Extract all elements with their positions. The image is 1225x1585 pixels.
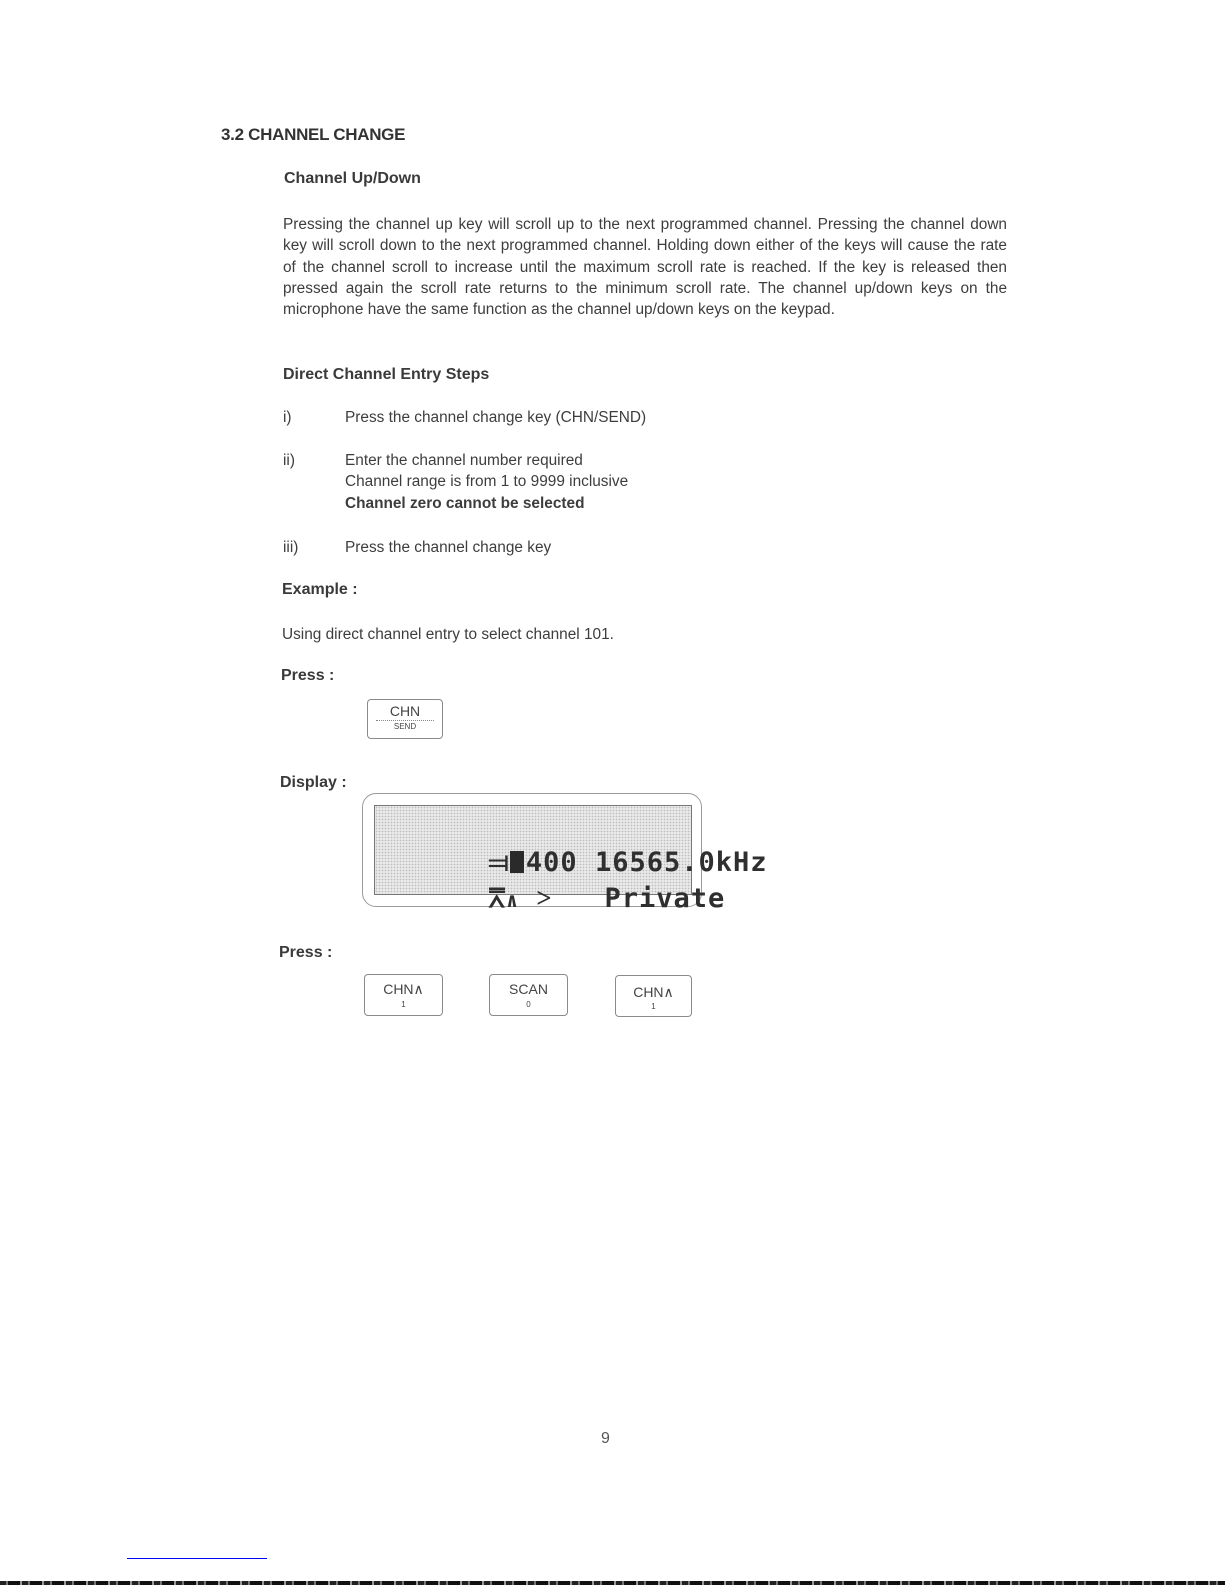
key-top-label: SCAN <box>490 981 567 997</box>
step-text: Press the channel change key <box>345 539 551 556</box>
key-bottom-label: 0 <box>490 1000 567 1010</box>
step-text: Press the channel change key (CHN/SEND) <box>345 409 646 426</box>
direct-entry-heading: Direct Channel Entry Steps <box>283 366 489 384</box>
key-top-label: CHN∧ <box>365 981 442 997</box>
wave-icon: ∧ <box>506 888 519 912</box>
channel-up-down-heading: Channel Up/Down <box>284 170 421 188</box>
section-title: 3.2 CHANNEL CHANGE <box>221 125 405 145</box>
step-number: iii) <box>283 537 345 558</box>
key-bottom-label: 1 <box>616 1002 691 1012</box>
key-bottom-label: 1 <box>365 1000 442 1010</box>
scan-0-key[interactable]: SCAN 0 <box>489 974 568 1016</box>
step-text: Enter the channel number required <box>345 450 628 471</box>
chn-send-key[interactable]: CHN SEND <box>367 699 443 739</box>
key-top-label: CHN <box>368 703 442 719</box>
key-top-label: CHN∧ <box>616 984 691 1000</box>
step-1: i)Press the channel change key (CHN/SEND… <box>283 407 646 428</box>
channel-up-down-paragraph: Pressing the channel up key will scroll … <box>283 214 1007 320</box>
lcd-line-2: ⩞∧ ˃ Private <box>385 852 725 946</box>
key-divider <box>376 720 434 721</box>
press-label: Press : <box>281 667 334 685</box>
step-number: i) <box>283 407 345 428</box>
page-number: 9 <box>601 1430 610 1448</box>
example-description: Using direct channel entry to select cha… <box>282 624 614 645</box>
display-label: Display : <box>280 774 347 792</box>
antenna-icon: ˃ <box>536 883 552 914</box>
bottom-scan-strip <box>0 1581 1225 1585</box>
step-number: ii) <box>283 450 345 471</box>
chn-up-1-key-second[interactable]: CHN∧ 1 <box>615 975 692 1017</box>
lcd-display-frame: ⫤400 16565.0kHz ⩞∧ ˃ Private <box>362 793 702 907</box>
press-label-2: Press : <box>279 944 332 962</box>
key-bottom-label: SEND <box>368 722 442 732</box>
link-underline <box>127 1558 267 1559</box>
mode-icon: ⩞ <box>489 883 506 915</box>
step-2: ii) Enter the channel number required Ch… <box>283 450 628 514</box>
lcd-screen: ⫤400 16565.0kHz ⩞∧ ˃ Private <box>374 805 692 895</box>
step-note: Channel zero cannot be selected <box>345 493 628 514</box>
step-3: iii)Press the channel change key <box>283 537 551 558</box>
example-heading: Example : <box>282 581 358 599</box>
lcd-text: Private <box>604 883 725 914</box>
chn-up-1-key[interactable]: CHN∧ 1 <box>364 974 443 1016</box>
step-text: Channel range is from 1 to 9999 inclusiv… <box>345 471 628 492</box>
